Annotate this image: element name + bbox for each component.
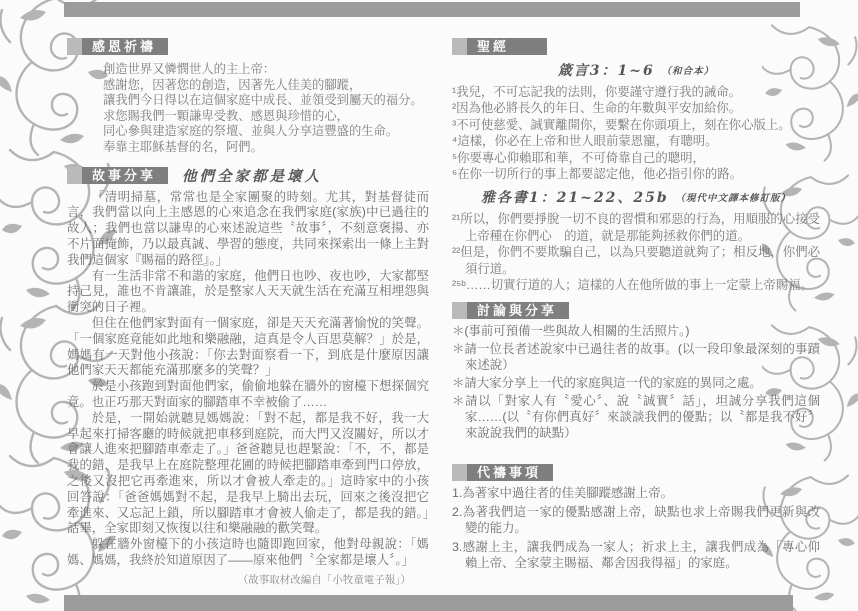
- intercession-section-header: 代禱事項: [452, 464, 820, 481]
- section-intercession: 代禱事項 1.為著家中過往者的佳美腳蹤感謝上帝。 2.為著我們這一家的優點感謝上…: [452, 464, 820, 572]
- intercession-items: 1.為著家中過往者的佳美腳蹤感謝上帝。 2.為著我們這一家的優點感謝上帝，缺點也…: [452, 485, 820, 572]
- prayer-line: 感謝您，因著您的創造，因著先人佳美的腳蹤，: [103, 78, 429, 94]
- verse: ¹我兒，不可忘記我的法則，你要謹守遵行我的誡命。: [452, 84, 820, 100]
- passage-title-james: 雅各書1：21~22、25b （現代中文譯本修訂版）: [452, 189, 820, 208]
- discussion-items: ＊(事前可預備一些與故人相關的生活照片。) ＊請一位長者述說家中已過往者的故事。…: [452, 323, 820, 441]
- bulletin-page: 感恩祈禱 創造世界又憐憫世人的主上帝： 感謝您，因著您的創造，因著先人佳美的腳蹤…: [0, 0, 858, 611]
- passage-reference: 雅各書1：21~22、25b: [481, 190, 669, 206]
- bottom-divider-bar: [64, 595, 793, 611]
- left-column: 感恩祈禱 創造世界又憐憫世人的主上帝： 感謝您，因著您的創造，因著先人佳美的腳蹤…: [67, 38, 429, 587]
- verse: ⁶在你一切所行的事上都要認定他，他必指引你的路。: [452, 166, 820, 182]
- story-paragraph: 於是，一開始就聽見媽媽說：「對不起，都是我不好，我一大早起來打掃客廳的時候就把車…: [67, 411, 429, 537]
- section-thanksgiving-prayer: 感恩祈禱 創造世界又憐憫世人的主上帝： 感謝您，因著您的創造，因著先人佳美的腳蹤…: [67, 38, 429, 156]
- verse: ⁵你要專心仰賴耶和華，不可倚靠自己的聰明，: [452, 150, 820, 166]
- discussion-item: ＊請大家分享上一代的家庭與這一代的家庭的異同之處。: [452, 375, 820, 391]
- discussion-item: ＊請一位長者述說家中已過往者的故事。(以一段印象最深刻的事蹟來述說）: [452, 341, 820, 373]
- james-verses: ²¹所以，你們要掙脫一切不良的習慣和邪惡的行為，用順服的心接受上帝種在你們心 的…: [452, 211, 820, 293]
- verse: ²²但是，你們不要欺騙自己，以為只要聽道就夠了；相反地，你們必須行道。: [452, 244, 820, 277]
- prayer-line: 奉靠主耶穌基督的名，阿們。: [103, 140, 429, 156]
- story-paragraph: 「清明掃墓，常常也是全家團聚的時刻。尤其，對基督徒而言，我們當以向上主感恩的心來…: [67, 190, 429, 269]
- passage-reference: 箴言3：1~6: [558, 63, 655, 79]
- header-accent-square: [67, 167, 82, 184]
- passage-version-note: （和合本）: [662, 66, 715, 77]
- story-body: 「清明掃墓，常常也是全家團聚的時刻。尤其，對基督徒而言，我們當以向上主感恩的心來…: [67, 190, 429, 569]
- story-paragraph: 但住在他們家對面有一個家庭，卻是天天充滿著愉悅的笑聲。「一個家庭竟能如此地和樂融…: [67, 316, 429, 379]
- discussion-header-label: 討論與分享: [467, 302, 569, 319]
- verse: ²因為他必將長久的年日、生命的年數與平安加給你。: [452, 100, 820, 116]
- intercession-item: 3.感謝上主，讓我們成為一家人；祈求上主，讓我們成為「專心仰賴上帝、全家蒙主賜福…: [452, 539, 820, 572]
- thanksgiving-section-header: 感恩祈禱: [67, 38, 429, 55]
- section-story-sharing: 故事分享 他們全家都是壞人 「清明掃墓，常常也是全家團聚的時刻。尤其，對基督徒而…: [67, 165, 429, 587]
- discussion-section-header: 討論與分享: [452, 302, 820, 319]
- intercession-item: 1.為著家中過往者的佳美腳蹤感謝上帝。: [452, 485, 820, 502]
- section-discussion-sharing: 討論與分享 ＊(事前可預備一些與故人相關的生活照片。) ＊請一位長者述說家中已過…: [452, 302, 820, 441]
- verse: ²¹所以，你們要掙脫一切不良的習慣和邪惡的行為，用順服的心接受上帝種在你們心 的…: [452, 211, 820, 244]
- story-title: 他們全家都是壞人: [182, 165, 322, 186]
- header-accent-square: [452, 302, 467, 319]
- story-paragraph: 於是小孩跑到對面他們家，偷偷地躲在牆外的窗檯下想探個究竟。也正巧那天對面家的腳踏…: [67, 379, 429, 411]
- intercession-header-label: 代禱事項: [467, 464, 553, 481]
- verse: ²⁵ᵇ……切實行道的人；這樣的人在他所做的事上一定蒙上帝賜福。: [452, 277, 820, 293]
- prayer-line: 同心參與建造家庭的祭壇、並與人分享這豐盛的生命。: [103, 124, 429, 140]
- passage-title-proverbs: 箴言3：1~6 （和合本）: [452, 62, 820, 81]
- story-header-row: 故事分享 他們全家都是壞人: [67, 165, 429, 186]
- story-header-label: 故事分享: [82, 167, 168, 184]
- scripture-header-label: 聖經: [467, 38, 547, 55]
- proverbs-verses: ¹我兒，不可忘記我的法則，你要謹守遵行我的誡命。 ²因為他必將長久的年日、生命的…: [452, 84, 820, 182]
- thanksgiving-header-label: 感恩祈禱: [82, 38, 168, 55]
- prayer-line: 創造世界又憐憫世人的主上帝：: [103, 62, 429, 78]
- story-paragraph: 躲在牆外窗檯下的小孩這時也隨即跑回家，他對母親說：「媽媽、媽媽，我終於知道原因了…: [67, 537, 429, 569]
- discussion-item: ＊(事前可預備一些與故人相關的生活照片。): [452, 323, 820, 339]
- verse: ⁴這樣，你必在上帝和世人眼前蒙恩寵，有聰明。: [452, 133, 820, 149]
- prayer-line: 讓我們今日得以在這個家庭中成長、並領受到屬天的福分。: [103, 93, 429, 109]
- prayer-text: 創造世界又憐憫世人的主上帝： 感謝您，因著您的創造，因著先人佳美的腳蹤， 讓我們…: [103, 62, 429, 156]
- intercession-item: 2.為著我們這一家的優點感謝上帝，缺點也求上帝賜我們更新與改變的能力。: [452, 504, 820, 537]
- right-column: 聖經 箴言3：1~6 （和合本） ¹我兒，不可忘記我的法則，你要謹守遵行我的誡命…: [452, 38, 820, 574]
- story-attribution: （故事取材改編自「小牧童電子報」）: [67, 572, 429, 587]
- header-accent-square: [67, 38, 82, 55]
- header-accent-square: [452, 38, 467, 55]
- story-section-header: 故事分享: [67, 167, 168, 184]
- verse: ³不可使慈愛、誠實離開你，要繫在你頭項上，刻在你心版上。: [452, 117, 820, 133]
- header-accent-square: [452, 464, 467, 481]
- section-scripture: 聖經 箴言3：1~6 （和合本） ¹我兒，不可忘記我的法則，你要謹守遵行我的誡命…: [452, 38, 820, 293]
- passage-version-note: （現代中文譯本修訂版）: [676, 193, 792, 204]
- top-divider-bar: [64, 2, 800, 17]
- story-paragraph: 有一生活非常不和諧的家庭，他們日也吵、夜也吵，大家都堅持己見，誰也不肯讓誰，於是…: [67, 269, 429, 316]
- prayer-line: 求您賜我們一顆謙卑受教、感恩與珍惜的心，: [103, 109, 429, 125]
- discussion-item: ＊請以「對家人有〝愛心〞、說〝誠實〞話」，坦誠分享我們這個家……(以〝有你們真好…: [452, 393, 820, 441]
- scripture-section-header: 聖經: [452, 38, 820, 55]
